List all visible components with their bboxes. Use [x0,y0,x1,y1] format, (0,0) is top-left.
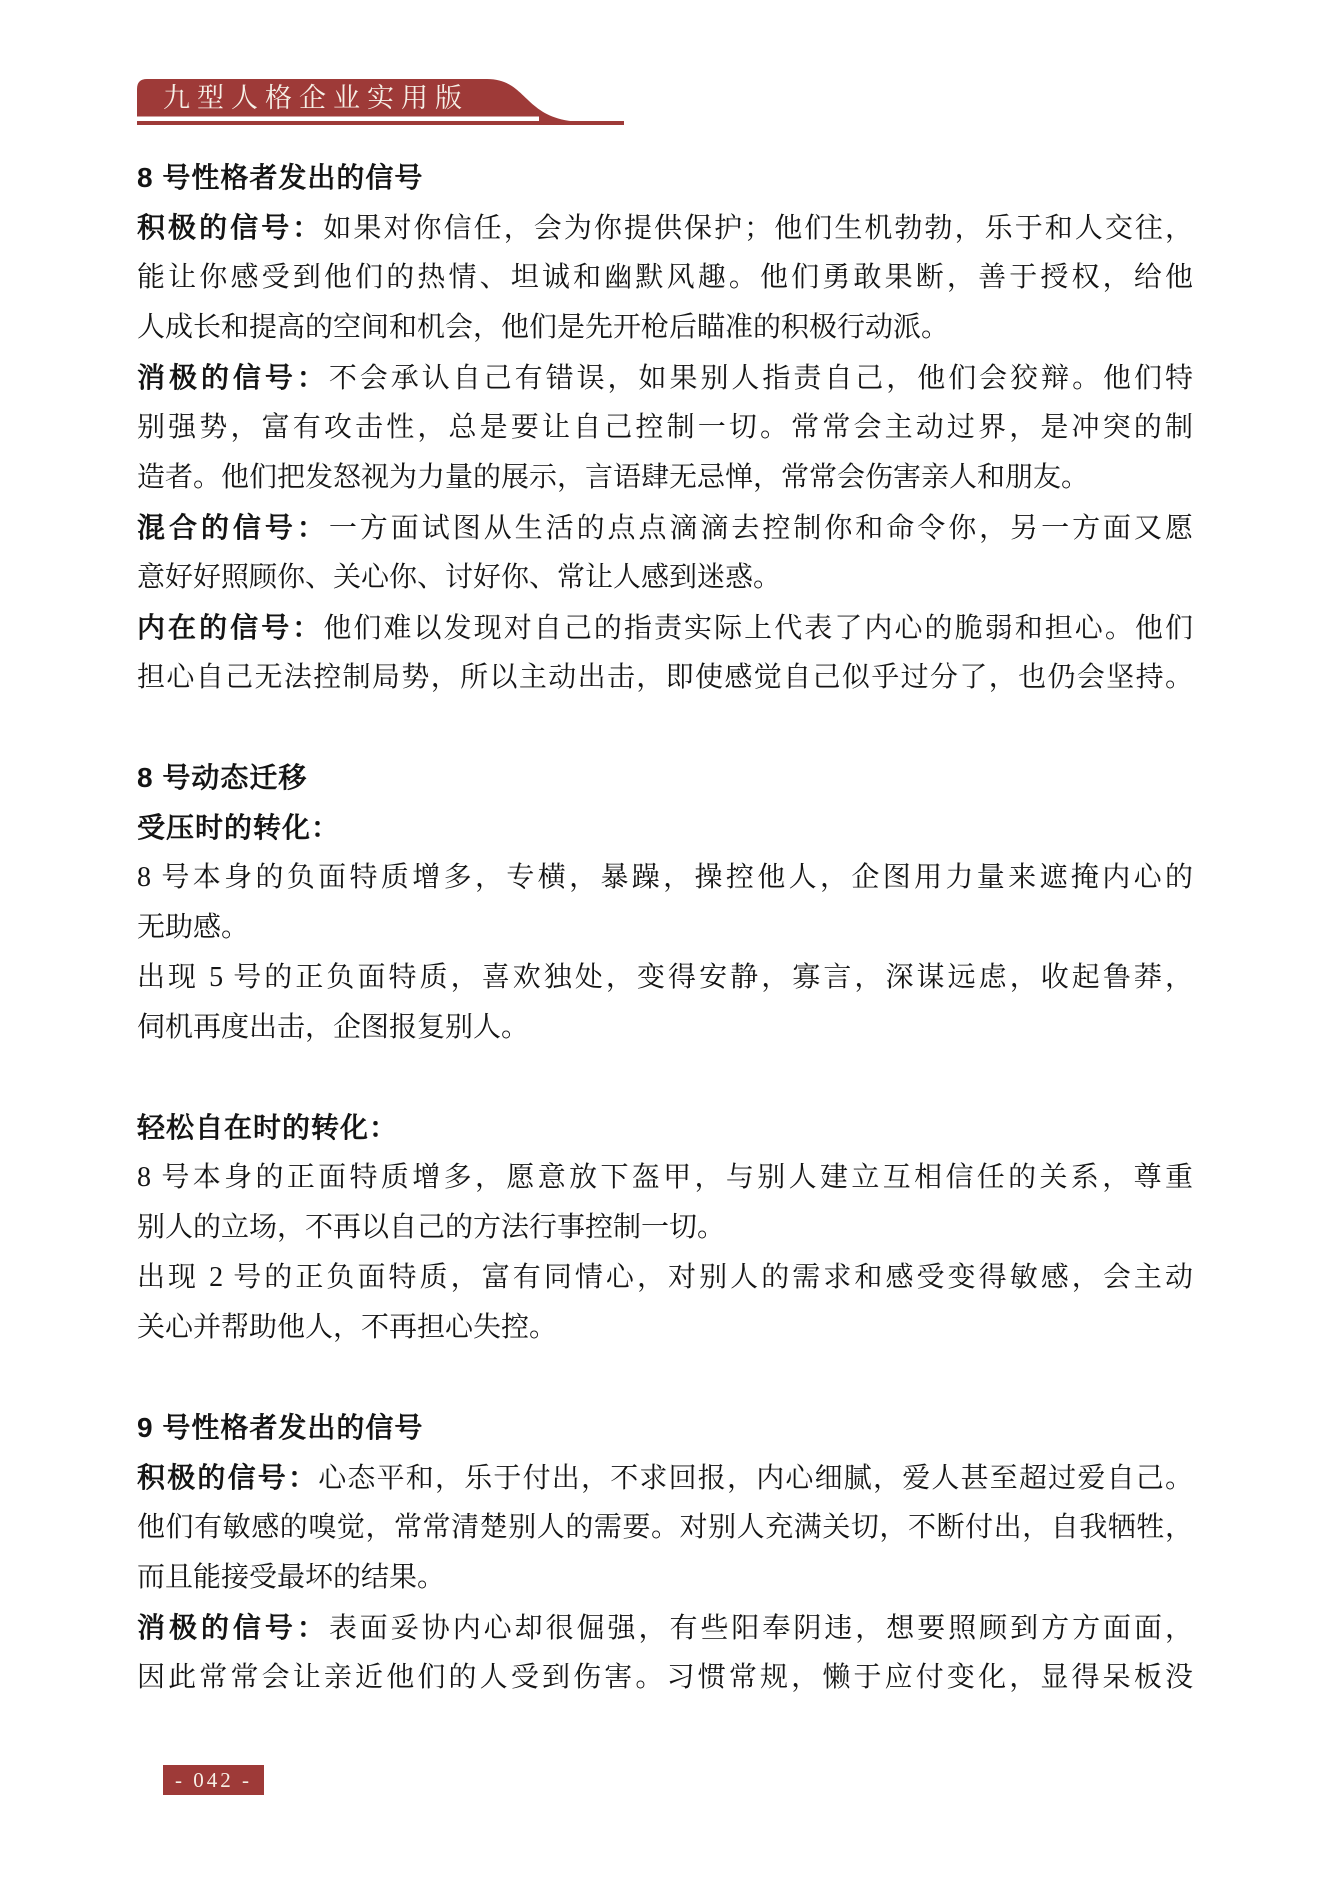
text-line: 消极的信号：表面妥协内心却很倔强，有些阳奉阴违，想要照顾到方方面面， [137,1603,1193,1653]
text-line: 8 号本身的负面特质增多，专横，暴躁，操控他人，企图用力量来遮掩内心的 [137,853,1193,903]
text-line: 别强势，富有攻击性，总是要让自己控制一切。常常会主动过界，是冲突的制 [137,403,1193,453]
header-banner: 九型人格企业实用版 [137,79,624,126]
line-text: 他们难以发现对自己的指责实际上代表了内心的脆弱和担心。他们 [323,613,1193,644]
line-text: 轻松自在时的转化： [137,1112,398,1143]
line-text: 意好好照顾你、关心你、讨好你、常让人感到迷惑。 [137,562,781,593]
line-text: 担心自己无法控制局势，所以主动出击，即使感觉自己似乎过分了，也仍会坚持。 [137,662,1193,693]
text-line: 人成长和提高的空间和机会，他们是先开枪后瞄准的积极行动派。 [137,303,1193,353]
text-line: 能让你感受到他们的热情、坦诚和幽默风趣。他们勇敢果断，善于授权，给他 [137,253,1193,303]
line-text: 别人的立场，不再以自己的方法行事控制一切。 [137,1212,725,1243]
line-text: 出现 2 号的正负面特质，富有同情心，对别人的需求和感受变得敏感，会主动 [137,1262,1193,1293]
signal-label: 消极的信号： [137,1612,329,1643]
line-text: 他们有敏感的嗅觉，常常清楚别人的需要。对别人充满关切，不断付出，自我牺牲， [137,1512,1193,1543]
text-line: 积极的信号：心态平和，乐于付出，不求回报，内心细腻，爱人甚至超过爱自己。 [137,1453,1193,1503]
line-text: 表面妥协内心却很倔强，有些阳奉阴违，想要照顾到方方面面， [329,1613,1193,1644]
signal-label: 消极的信号： [137,362,329,393]
text-line: 造者。他们把发怒视为力量的展示，言语肆无忌惮，常常会伤害亲人和朋友。 [137,453,1193,503]
text-line: 因此常常会让亲近他们的人受到伤害。习惯常规，懒于应付变化，显得呆板没 [137,1653,1193,1703]
signal-label: 积极的信号： [137,1462,318,1493]
line-text: 一方面试图从生活的点点滴滴去控制你和命令你，另一方面又愿 [329,513,1193,544]
line-text: 伺机再度出击，企图报复别人。 [137,1012,529,1043]
line-text: 不会承认自己有错误，如果别人指责自己，他们会狡辩。他们特 [329,363,1193,394]
line-text: 心态平和，乐于付出，不求回报，内心细腻，爱人甚至超过爱自己。 [318,1463,1193,1494]
line-text: 而且能接受最坏的结果。 [137,1562,445,1593]
text-line: 他们有敏感的嗅觉，常常清楚别人的需要。对别人充满关切，不断付出，自我牺牲， [137,1503,1193,1553]
text-line: 消极的信号：不会承认自己有错误，如果别人指责自己，他们会狡辩。他们特 [137,353,1193,403]
signal-label: 内在的信号： [137,612,323,643]
text-line: 伺机再度出击，企图报复别人。 [137,1003,1193,1053]
text-line: 积极的信号：如果对你信任，会为你提供保护；他们生机勃勃，乐于和人交往， [137,203,1193,253]
line-text: 8 号性格者发出的信号 [137,162,423,193]
line-text: 如果对你信任，会为你提供保护；他们生机勃勃，乐于和人交往， [323,213,1193,244]
signal-label: 积极的信号： [137,212,323,243]
line-text: 别强势，富有攻击性，总是要让自己控制一切。常常会主动过界，是冲突的制 [137,412,1193,443]
page-number-badge: - 042 - [163,1765,264,1795]
text-line: 内在的信号：他们难以发现对自己的指责实际上代表了内心的脆弱和担心。他们 [137,603,1193,653]
text-line: 出现 5 号的正负面特质，喜欢独处，变得安静，寡言，深谋远虑，收起鲁莽， [137,953,1193,1003]
line-text: 人成长和提高的空间和机会，他们是先开枪后瞄准的积极行动派。 [137,312,949,343]
line-text: 造者。他们把发怒视为力量的展示，言语肆无忌惮，常常会伤害亲人和朋友。 [137,462,1089,493]
line-text: 8 号本身的正面特质增多，愿意放下盔甲，与别人建立互相信任的关系，尊重 [137,1162,1193,1193]
section-heading: 9 号性格者发出的信号 [137,1403,1193,1453]
line-text: 关心并帮助他人，不再担心失控。 [137,1312,557,1343]
document-page: { "page": { "background_color": "#ffffff… [0,0,1339,1890]
line-text: 出现 5 号的正负面特质，喜欢独处，变得安静，寡言，深谋远虑，收起鲁莽， [137,962,1193,993]
section-heading: 受压时的转化： [137,803,1193,853]
text-line: 混合的信号：一方面试图从生活的点点滴滴去控制你和命令你，另一方面又愿 [137,503,1193,553]
line-text: 9 号性格者发出的信号 [137,1412,423,1443]
banner-title: 九型人格企业实用版 [163,79,469,117]
text-line: 担心自己无法控制局势，所以主动出击，即使感觉自己似乎过分了，也仍会坚持。 [137,653,1193,703]
text-line: 无助感。 [137,903,1193,953]
signal-label: 混合的信号： [137,512,329,543]
line-text: 因此常常会让亲近他们的人受到伤害。习惯常规，懒于应付变化，显得呆板没 [137,1662,1193,1693]
line-text: 受压时的转化： [137,812,340,843]
line-text: 无助感。 [137,912,249,943]
text-line: 意好好照顾你、关心你、讨好你、常让人感到迷惑。 [137,553,1193,603]
line-text: 8 号动态迁移 [137,762,307,793]
text-line: 而且能接受最坏的结果。 [137,1553,1193,1603]
line-text: 能让你感受到他们的热情、坦诚和幽默风趣。他们勇敢果断，善于授权，给他 [137,262,1193,293]
section-heading: 8 号动态迁移 [137,753,1193,803]
line-text: 8 号本身的负面特质增多，专横，暴躁，操控他人，企图用力量来遮掩内心的 [137,862,1193,893]
text-line: 关心并帮助他人，不再担心失控。 [137,1303,1193,1353]
text-line: 别人的立场，不再以自己的方法行事控制一切。 [137,1203,1193,1253]
section-heading: 轻松自在时的转化： [137,1103,1193,1153]
section-heading: 8 号性格者发出的信号 [137,153,1193,203]
body-text-block: 8 号性格者发出的信号积极的信号：如果对你信任，会为你提供保护；他们生机勃勃，乐… [137,153,1193,1703]
text-line: 出现 2 号的正负面特质，富有同情心，对别人的需求和感受变得敏感，会主动 [137,1253,1193,1303]
text-line: 8 号本身的正面特质增多，愿意放下盔甲，与别人建立互相信任的关系，尊重 [137,1153,1193,1203]
